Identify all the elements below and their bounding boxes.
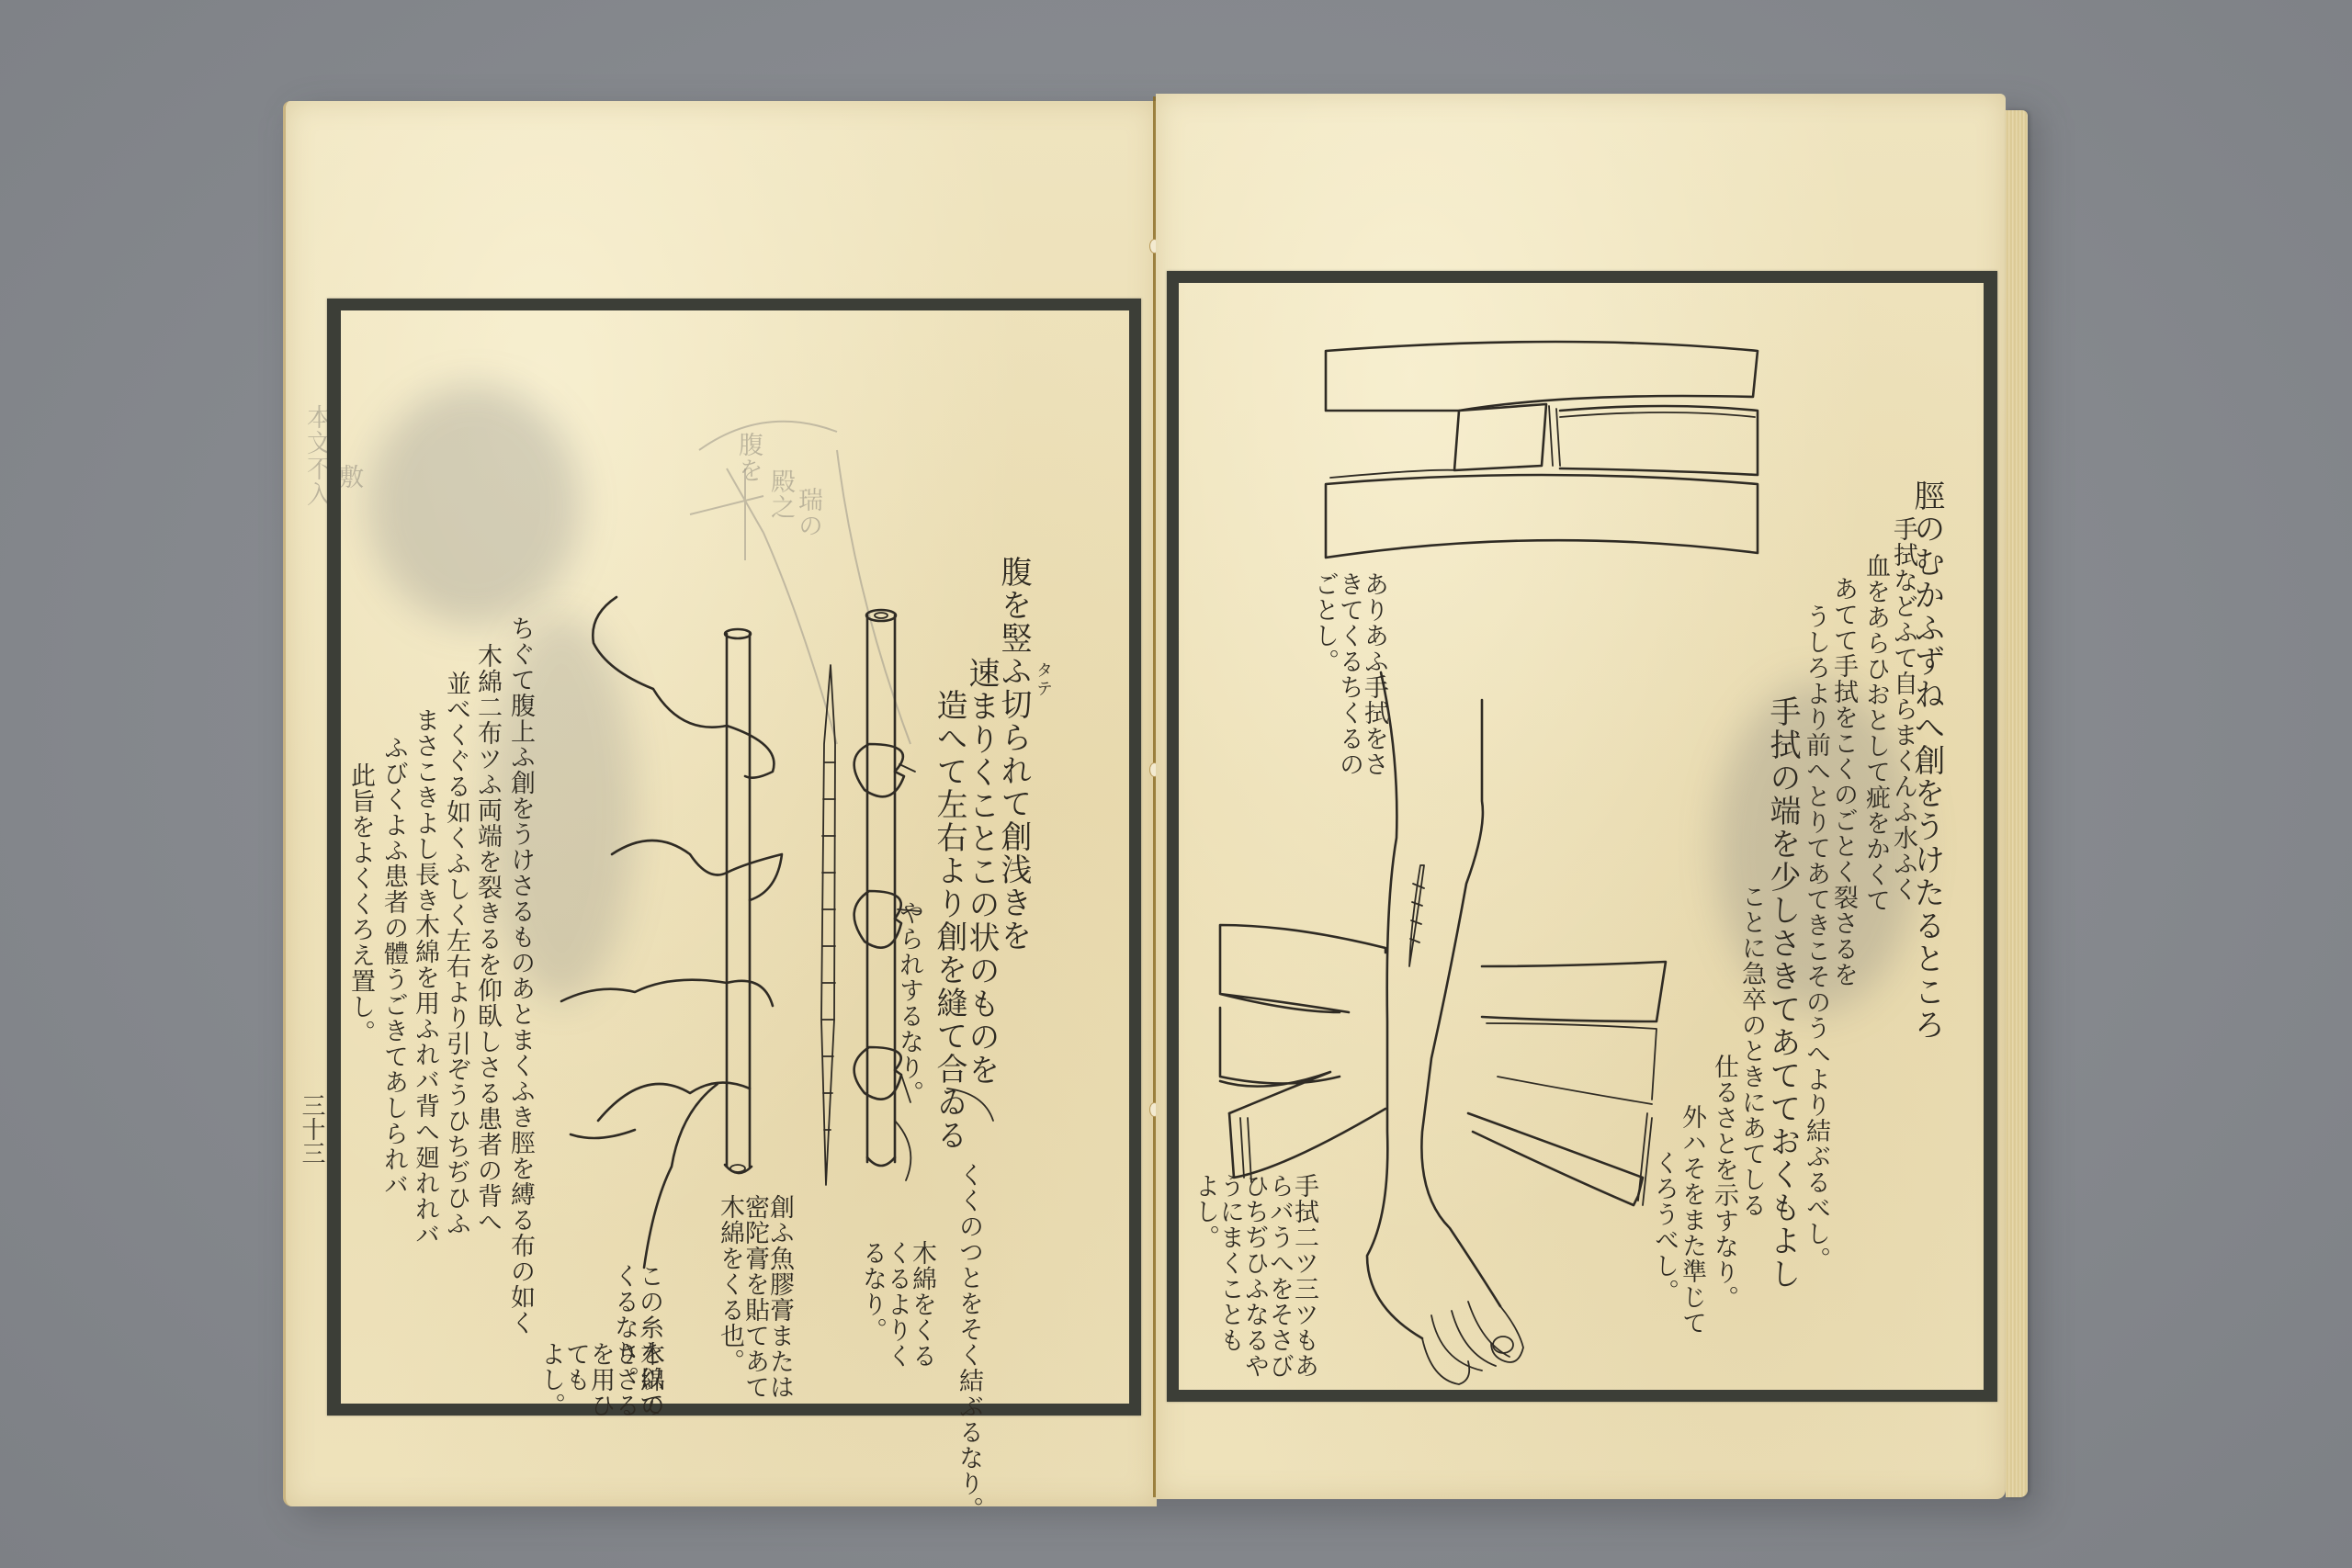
needle-icon — [821, 665, 835, 1185]
split-bandage-right-icon — [1468, 962, 1666, 1205]
left-page: 本文不入 敷 腹を 殿之 瑞の 三十三 — [283, 101, 1157, 1506]
text-column: くろうべし。 — [1652, 1150, 1677, 1304]
text-column: 外ハそをまた準じて — [1679, 1104, 1704, 1336]
text-column: 仕るさとを示すなり。 — [1712, 1054, 1736, 1311]
caption-two-three: 手拭二ツ三ツもあらバうへをそさびひちぢひふなるやうにまくことも よし。 — [1193, 1173, 1317, 1393]
open-book: 本文不入 敷 腹を 殿之 瑞の 三十三 — [276, 83, 2032, 1497]
caption-knot: くくのつとをそく結ぶるなり。 — [956, 1162, 981, 1364]
caption-cotton-wrap: 木綿をくるくるよりくるなり。 — [860, 1240, 934, 1387]
wooden-splint-icon — [725, 629, 752, 1173]
text-column: ことに急卒のときにあてしる — [1739, 884, 1764, 1218]
text-column: 手拭などふて自らまくんふ水ふく — [1891, 516, 1916, 902]
text-column: やられするなり。 — [897, 900, 922, 1106]
text-column: 木綿二布ツふ両端を裂きるを仰臥しさる患者の背へ — [475, 643, 500, 1235]
text-column: 速まりくことこの状のものを — [966, 657, 997, 1087]
towel-strips-icon — [1326, 342, 1758, 558]
text-column: 血をあらひおとして疵をかくて — [1863, 553, 1888, 913]
leg-icon — [1367, 672, 1523, 1384]
text-column: うしろより前へとりてあてきこそのうへより結ぶるべし。 — [1804, 604, 1828, 1272]
right-page: 脛のむかふずねへ創をうけたるところ 手拭などふて自らまくんふ水ふく 血をあらひお… — [1156, 94, 2006, 1499]
caption-plaster: 創ふ魚膠膏または密陀膏を貼てあて木綿をくる也。 — [718, 1194, 792, 1401]
split-bandage-left-icon — [1220, 925, 1385, 1182]
text-column: あてて手拭をこくのごとく裂さるを — [1831, 576, 1856, 987]
page-heading: 腹を竪ふ切られて創浅きを — [998, 556, 1029, 953]
text-column: 手拭の端を少しさきてあてておくもよし — [1767, 695, 1798, 1291]
caption-towel: ありあふ手拭をさきてくるちくるのごとし。 — [1312, 571, 1386, 783]
text-column: 此旨をよくくろえ置し。 — [348, 762, 373, 1045]
page-edges — [2006, 110, 2028, 1497]
text-column: ふびくよふ患者の體うごきてあしられバ — [381, 735, 406, 1198]
text-column: ちぐて腹上ふ創をうけさるものあとまくふき脛を縛る布の如く — [508, 615, 533, 1336]
heading-ruby: タテ — [1035, 661, 1051, 698]
caption-cotton: 木綿のささるを用ひても よし。 — [538, 1341, 662, 1433]
text-column: まさこきよし長き木綿を用ふれバ背へ廻れれバ — [413, 707, 437, 1247]
text-column: 造へて左右より創を縫て合ゐる — [933, 689, 965, 1152]
text-column: 並べくぐる如くふしく左右より引ぞうひちぢひふ — [444, 671, 469, 1236]
